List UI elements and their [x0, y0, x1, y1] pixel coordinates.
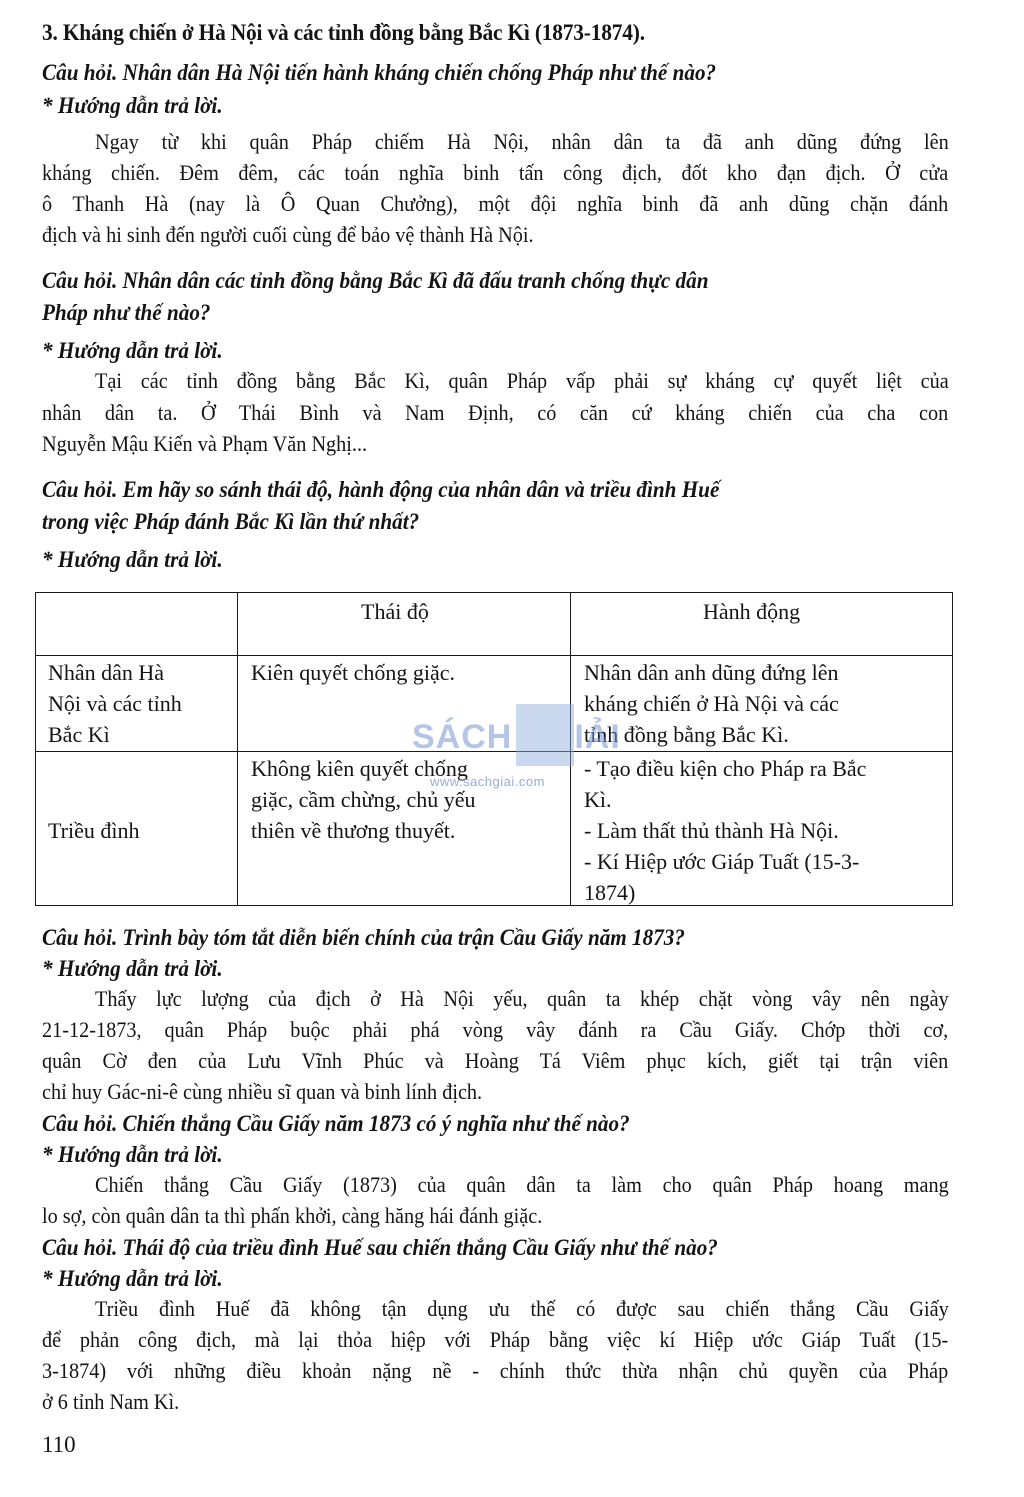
answer-6-line: để phản công địch, mà lại thỏa hiệp với … [42, 1327, 948, 1353]
question-6: Câu hỏi. Thái độ của triều đình Huế sau … [42, 1235, 718, 1261]
answer-4-line: quân Cờ đen của Lưu Vĩnh Phúc và Hoàng T… [42, 1048, 948, 1074]
answer-6-line: Triều đình Huế đã không tận dụng ưu thế … [95, 1296, 949, 1322]
answer-4-line: Thấy lực lượng của địch ở Hà Nội yếu, qu… [95, 986, 949, 1012]
page-number: 110 [42, 1432, 76, 1458]
table-header-action: Hành động [703, 596, 800, 627]
answer-2-line: Tại các tỉnh đồng bằng Bắc Kì, quân Pháp… [95, 368, 949, 394]
table-row-2-action: - Tạo điều kiện cho Pháp ra Bắc Kì. - Là… [584, 753, 866, 908]
answer-6-line: ở 6 tỉnh Nam Kì. [42, 1389, 948, 1415]
table-row-1-attitude: Kiên quyết chống giặc. [251, 657, 455, 688]
table-column-divider [237, 593, 238, 905]
table-row-1-action: Nhân dân anh dũng đứng lên kháng chiến ở… [584, 657, 839, 750]
answer-1-line: ô Thanh Hà (nay là Ô Quan Chưởng), một đ… [42, 191, 948, 217]
table-column-divider [570, 593, 571, 905]
table-row-divider [36, 655, 952, 656]
table-row-2-attitude: Không kiên quyết chống giặc, cầm chừng, … [251, 753, 476, 846]
table-row-2-subject: Triều đình [48, 815, 139, 846]
answer-2-line: nhân dân ta. Ở Thái Bình và Nam Định, có… [42, 400, 948, 426]
guide-label-1: * Hướng dẫn trả lời. [42, 93, 223, 119]
answer-2-line: Nguyễn Mậu Kiến và Phạm Văn Nghị... [42, 431, 948, 457]
answer-6-line: 3-1874) với những điều khoản nặng nề - c… [42, 1358, 948, 1384]
table-row-1-subject: Nhân dân Hà Nội và các tỉnh Bắc Kì [48, 657, 182, 750]
guide-label-3: * Hướng dẫn trả lời. [42, 547, 223, 573]
question-2: Câu hỏi. Nhân dân các tỉnh đồng bằng Bắc… [42, 268, 708, 294]
question-2-cont: Pháp như thế nào? [42, 300, 210, 326]
question-1: Câu hỏi. Nhân dân Hà Nội tiến hành kháng… [42, 60, 716, 86]
answer-4-line: chỉ huy Gác-ni-ê cùng nhiều sĩ quan và b… [42, 1079, 948, 1105]
table-row-divider [36, 751, 952, 752]
answer-5-line: Chiến thắng Cầu Giấy (1873) của quân dân… [95, 1172, 949, 1198]
question-5: Câu hỏi. Chiến thắng Cầu Giấy năm 1873 c… [42, 1111, 630, 1137]
answer-4-line: 21-12-1873, quân Pháp buộc phải phá vòng… [42, 1017, 948, 1043]
answer-5-line: lo sợ, còn quân dân ta thì phấn khởi, cà… [42, 1203, 948, 1229]
comparison-table: Thái độ Hành động Nhân dân Hà Nội và các… [35, 592, 953, 906]
section-heading: 3. Kháng chiến ở Hà Nội và các tỉnh đồng… [42, 20, 645, 46]
question-3-cont: trong việc Pháp đánh Bắc Kì lần thứ nhất… [42, 509, 419, 535]
guide-label-6: * Hướng dẫn trả lời. [42, 1266, 223, 1292]
answer-1-line: địch và hi sinh đến người cuối cùng để b… [42, 222, 948, 248]
question-3: Câu hỏi. Em hãy so sánh thái độ, hành độ… [42, 477, 719, 503]
answer-1-line: kháng chiến. Đêm đêm, các toán nghĩa bin… [42, 160, 948, 186]
guide-label-2: * Hướng dẫn trả lời. [42, 338, 223, 364]
table-header-attitude: Thái độ [361, 596, 429, 627]
question-4: Câu hỏi. Trình bày tóm tắt diễn biến chí… [42, 925, 685, 951]
answer-1-line: Ngay từ khi quân Pháp chiếm Hà Nội, nhân… [95, 129, 949, 155]
guide-label-4: * Hướng dẫn trả lời. [42, 956, 223, 982]
guide-label-5: * Hướng dẫn trả lời. [42, 1142, 223, 1168]
